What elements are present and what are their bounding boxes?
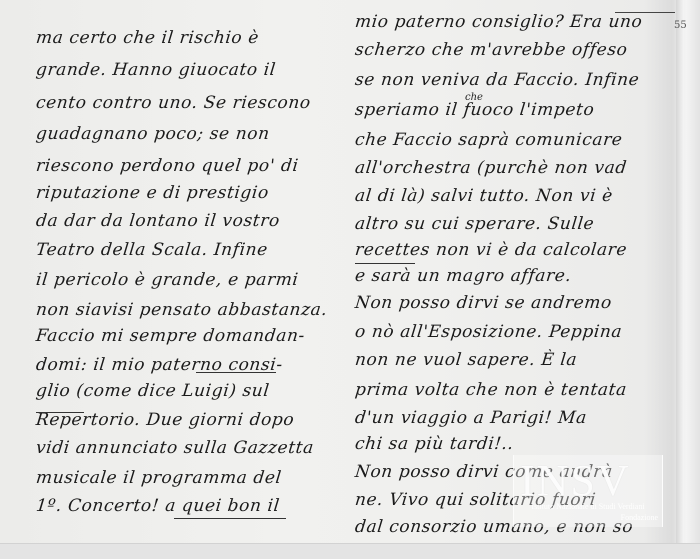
watermark-subtitle: Istituto Nazionale di Studi Verdiani — [516, 502, 660, 511]
underline-paterno — [196, 372, 276, 373]
text-line: e sarà un magro affare. — [354, 266, 573, 286]
text-line: speriamo il fuoco l'impeto — [354, 100, 595, 120]
text-line: da dar da lontano il vostro — [35, 211, 281, 231]
text-line: al di là) salvi tutto. Non vi è — [354, 186, 614, 206]
scan-bottom-margin — [0, 543, 700, 559]
underline-a-quei-bon — [174, 518, 286, 519]
insv-watermark: INSV Istituto Nazionale di Studi Verdian… — [513, 455, 663, 527]
watermark-subtitle-2: Fondazione — [621, 513, 658, 522]
text-line: vidi annunciato sulla Gazzetta — [35, 438, 315, 458]
text-line: recettes non vi è da calcolare — [354, 240, 628, 260]
text-line: glio (come dice Luigi) sul — [35, 381, 271, 401]
text-line: il pericolo è grande, e parmi — [35, 270, 300, 290]
text-line: Repertorio. Due giorni dopo — [35, 410, 295, 430]
underline-repertorio — [36, 412, 84, 413]
text-line: che Faccio saprà comunicare — [354, 130, 624, 150]
text-line: guadagnano poco; se non — [35, 124, 271, 144]
page-edge-shadow — [676, 0, 684, 543]
text-line: mio paterno consiglio? Era uno — [354, 12, 644, 32]
underline-recettes — [355, 263, 415, 264]
watermark-logo: INSV — [520, 455, 631, 506]
text-line: scherzo che m'avrebbe offeso — [354, 40, 629, 60]
text-line: all'orchestra (purchè non vad — [354, 158, 628, 178]
text-line: non ne vuol sapere. È la — [354, 350, 578, 370]
text-line: chi sa più tardi!.. — [354, 434, 515, 454]
text-line: Teatro della Scala. Infine — [35, 240, 269, 260]
text-line: non siavisi pensato abbastanza. — [35, 300, 329, 320]
text-line: se non veniva da Faccio. Infine — [354, 70, 640, 90]
text-line: Faccio mi sempre domandan- — [35, 326, 306, 346]
text-line: 1º. Concerto! a quei bon il — [35, 496, 281, 516]
text-line: ma certo che il rischio è — [35, 28, 260, 48]
text-line: altro su cui sperare. Sulle — [354, 214, 595, 234]
text-line: riputazione e di prestigio — [35, 183, 270, 203]
text-line: prima volta che non è tentata — [354, 380, 628, 400]
page-number: 55 — [674, 20, 687, 31]
text-line: grande. Hanno giuocato il — [35, 60, 277, 80]
text-line: cento contro uno. Se riescono — [35, 93, 312, 113]
text-line: musicale il programma del — [35, 468, 283, 488]
text-line: d'un viaggio a Parigi! Ma — [354, 408, 588, 428]
text-line: riescono perdono quel po' di — [35, 156, 300, 176]
text-line: Non posso dirvi se andremo — [354, 293, 613, 313]
text-line: o nò all'Esposizione. Peppina — [354, 322, 623, 342]
